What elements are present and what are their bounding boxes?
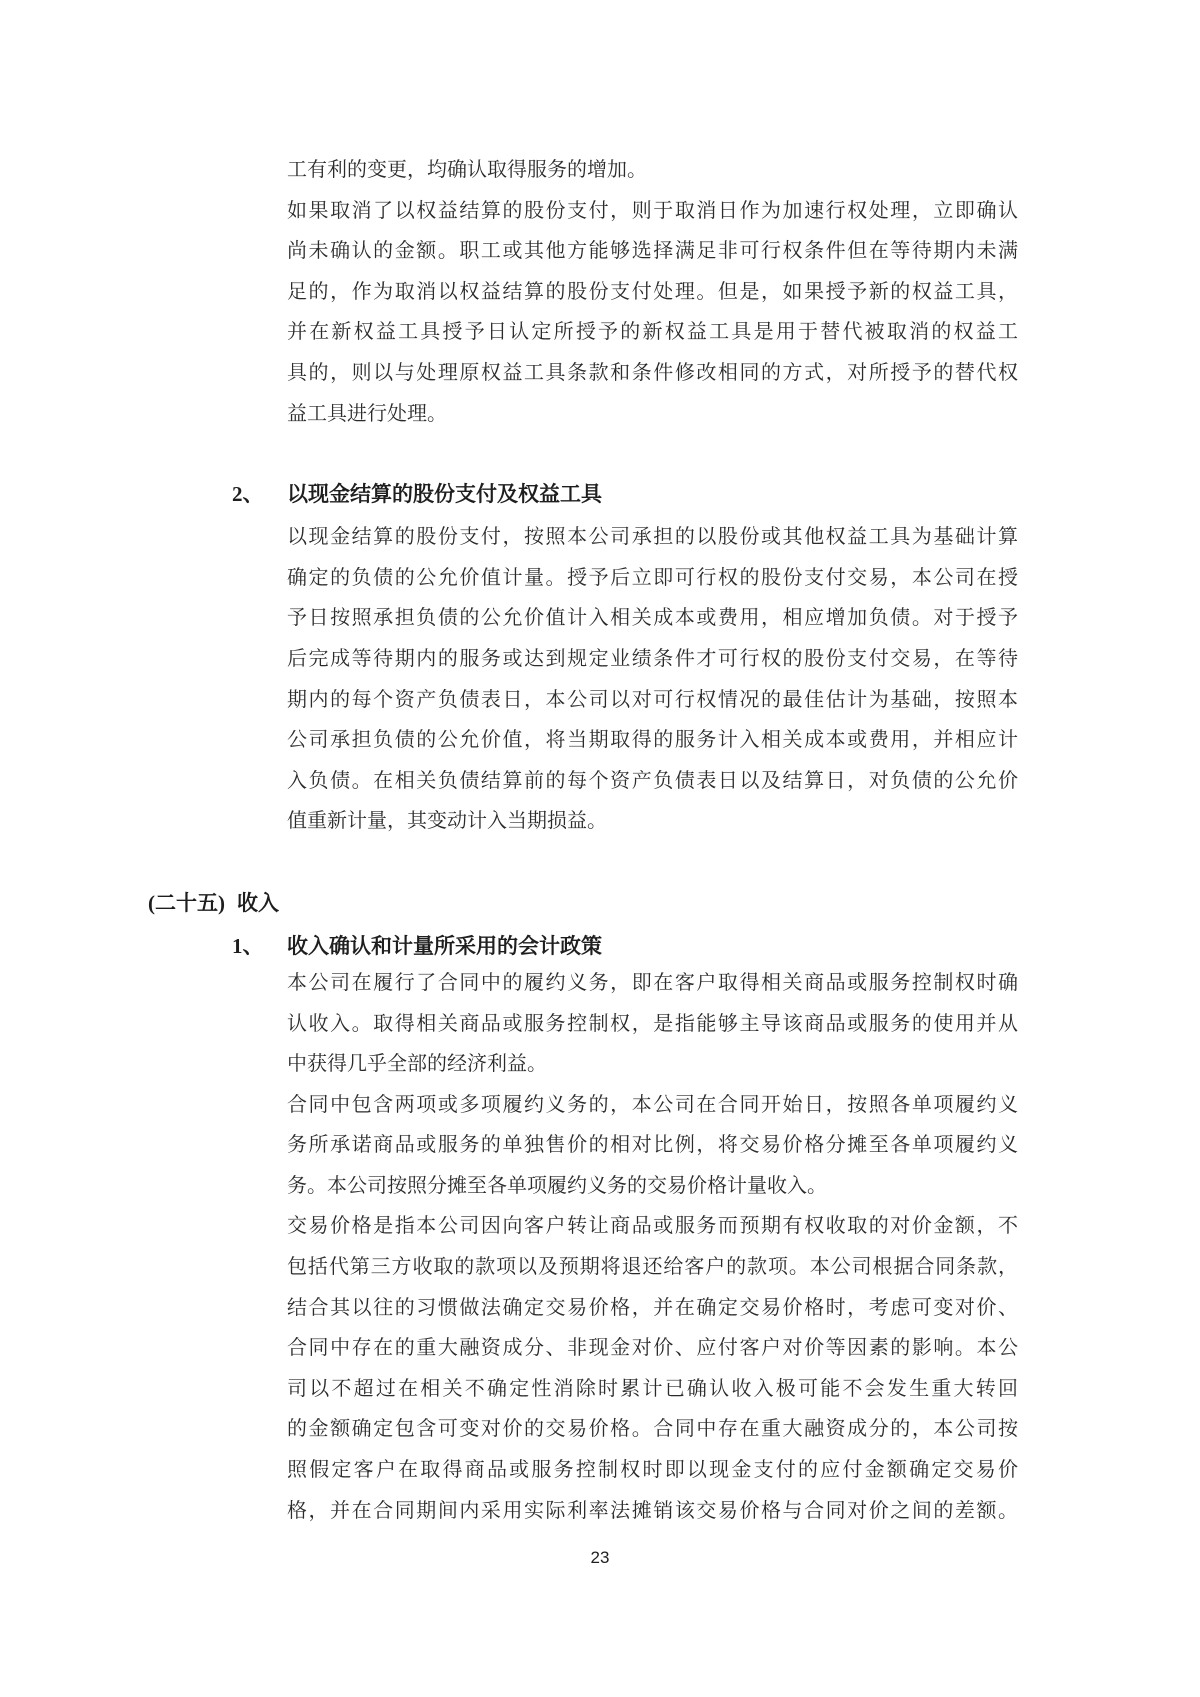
text-line: 司以不超过在相关不确定性消除时累计已确认收入极可能不会发生重大转回 <box>287 1369 1018 1410</box>
text-line: 认收入。取得相关商品或服务控制权，是指能够主导该商品或服务的使用并从 <box>287 1004 1018 1045</box>
text-line: 尚未确认的金额。职工或其他方能够选择满足非可行权条件但在等待期内未满 <box>287 231 1018 272</box>
text-line: 中获得几乎全部的经济利益。 <box>287 1044 1018 1085</box>
text-line: 足的，作为取消以权益结算的股份支付处理。但是，如果授予新的权益工具， <box>287 272 1018 313</box>
heading-number: (二十五) <box>148 891 225 915</box>
paragraph-block: 本公司在履行了合同中的履约义务，即在客户取得相关商品或服务控制权时确认收入。取得… <box>287 963 1018 1531</box>
text-line: 具的，则以与处理原权益工具条款和条件修改相同的方式，对所授予的替代权 <box>287 353 1018 394</box>
text-line: 后完成等待期内的服务或达到规定业绩条件才可行权的股份支付交易，在等待 <box>287 639 1018 680</box>
text-line: 入负债。在相关负债结算前的每个资产负债表日以及结算日，对负债的公允价 <box>287 761 1018 802</box>
text-line: 确定的负债的公允价值计量。授予后立即可行权的股份支付交易，本公司在授 <box>287 558 1018 599</box>
text-line: 结合其以往的习惯做法确定交易价格，并在确定交易价格时，考虑可变对价、 <box>287 1288 1018 1329</box>
paragraph-block: 以现金结算的股份支付，按照本公司承担的以股份或其他权益工具为基础计算确定的负债的… <box>287 517 1018 842</box>
text-line: 公司承担负债的公允价值，将当期取得的服务计入相关成本或费用，并相应计 <box>287 720 1018 761</box>
paragraph-block: 工有利的变更，均确认取得服务的增加。如果取消了以权益结算的股份支付，则于取消日作… <box>287 150 1018 434</box>
text-line: 如果取消了以权益结算的股份支付，则于取消日作为加速行权处理，立即确认 <box>287 191 1018 232</box>
text-line: 并在新权益工具授予日认定所授予的新权益工具是用于替代被取消的权益工 <box>287 312 1018 353</box>
text-line: 合同中存在的重大融资成分、非现金对价、应付客户对价等因素的影响。本公 <box>287 1328 1018 1369</box>
text-line: 的金额确定包含可变对价的交易价格。合同中存在重大融资成分的，本公司按 <box>287 1409 1018 1450</box>
heading-title: 以现金结算的股份支付及权益工具 <box>287 482 602 506</box>
text-line: 值重新计量，其变动计入当期损益。 <box>287 801 1018 842</box>
text-line: 务。本公司按照分摊至各单项履约义务的交易价格计量收入。 <box>287 1166 1018 1207</box>
heading-title: 收入确认和计量所采用的会计政策 <box>287 934 602 958</box>
heading-title: 收入 <box>237 891 279 915</box>
text-line: 交易价格是指本公司因向客户转让商品或服务而预期有权收取的对价金额，不 <box>287 1206 1018 1247</box>
text-line: 工有利的变更，均确认取得服务的增加。 <box>287 150 1018 191</box>
subsection-heading: 2、以现金结算的股份支付及权益工具 <box>232 479 1200 509</box>
heading-number: 1、 <box>232 931 287 961</box>
text-line: 益工具进行处理。 <box>287 394 1018 435</box>
heading-number: 2、 <box>232 479 287 509</box>
text-line: 照假定客户在取得商品或服务控制权时即以现金支付的应付金额确定交易价 <box>287 1450 1018 1491</box>
text-line: 格，并在合同期间内采用实际利率法摊销该交易价格与合同对价之间的差额。 <box>287 1491 1018 1532</box>
document-page: 工有利的变更，均确认取得服务的增加。如果取消了以权益结算的股份支付，则于取消日作… <box>0 0 1200 1697</box>
text-line: 包括代第三方收取的款项以及预期将退还给客户的款项。本公司根据合同条款， <box>287 1247 1018 1288</box>
text-line: 本公司在履行了合同中的履约义务，即在客户取得相关商品或服务控制权时确 <box>287 963 1018 1004</box>
text-line: 务所承诺商品或服务的单独售价的相对比例，将交易价格分摊至各单项履约义 <box>287 1125 1018 1166</box>
document-body: 工有利的变更，均确认取得服务的增加。如果取消了以权益结算的股份支付，则于取消日作… <box>0 150 1200 1531</box>
text-line: 以现金结算的股份支付，按照本公司承担的以股份或其他权益工具为基础计算 <box>287 517 1018 558</box>
text-line: 予日按照承担负债的公允价值计入相关成本或费用，相应增加负债。对于授予 <box>287 598 1018 639</box>
text-line: 期内的每个资产负债表日，本公司以对可行权情况的最佳估计为基础，按照本 <box>287 680 1018 721</box>
section-heading: (二十五)收入 <box>148 888 1200 918</box>
text-line: 合同中包含两项或多项履约义务的，本公司在合同开始日，按照各单项履约义 <box>287 1085 1018 1126</box>
subsection-heading: 1、收入确认和计量所采用的会计政策 <box>232 931 1200 961</box>
page-number: 23 <box>0 1548 1200 1568</box>
